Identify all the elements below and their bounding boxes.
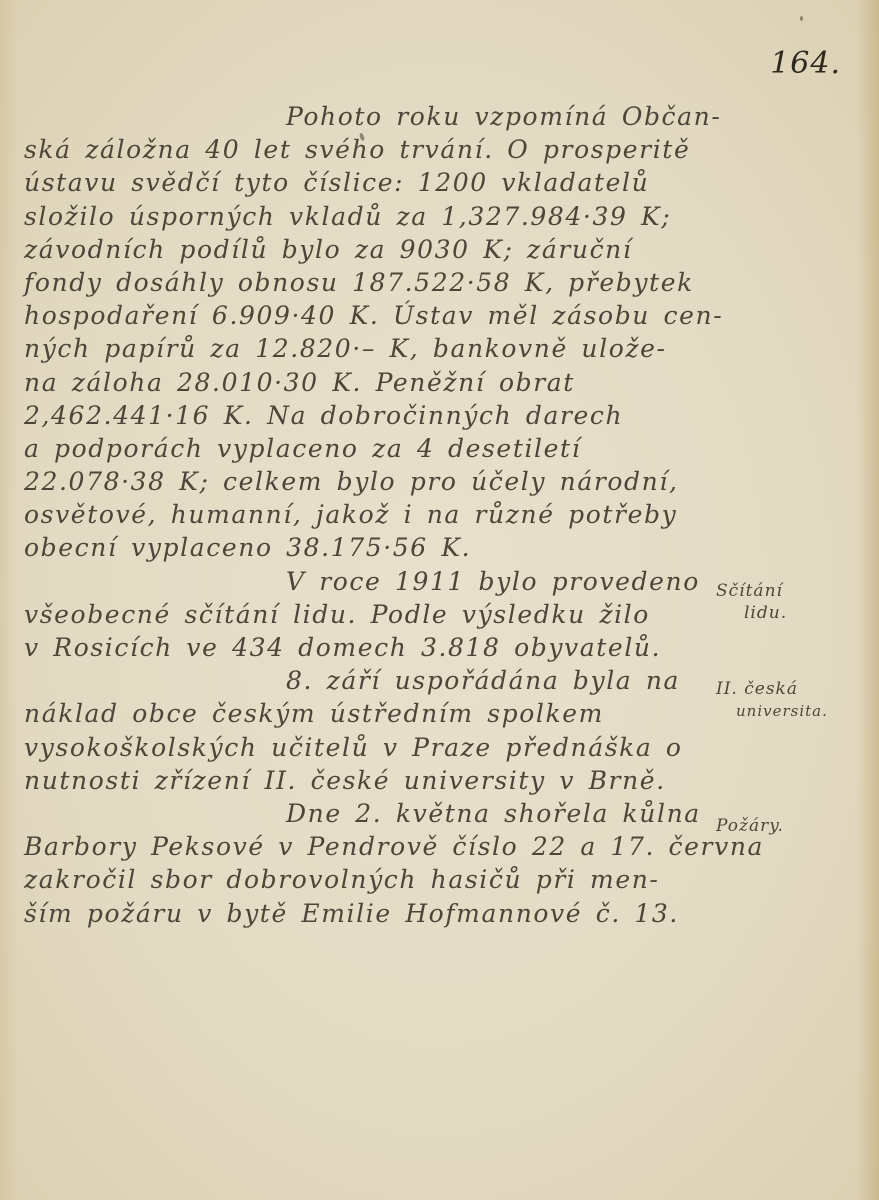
- text-line: ústavu svědčí tyto číslice: 1200 vkladat…: [24, 166, 724, 199]
- text-line: závodních podílů bylo za 9030 K; záruční: [24, 233, 724, 266]
- text-line: a podporách vyplaceno za 4 desetiletí: [24, 432, 724, 465]
- text-line: nutnosti zřízení II. české university v …: [24, 764, 724, 797]
- margin-note-line: lidu.: [716, 602, 787, 624]
- text-line: ných papírů za 12.820·– K, bankovně ulož…: [24, 332, 724, 365]
- text-line: složilo úsporných vkladů za 1,327.984·39…: [24, 200, 724, 233]
- margin-note-line: universita.: [716, 700, 828, 722]
- text-line: vysokoškolských učitelů v Praze přednášk…: [24, 731, 724, 764]
- text-line: obecní vyplaceno 38.175·56 K.: [24, 531, 724, 564]
- manuscript-page: 164. Pohoto roku vzpomíná Občan- ská zál…: [0, 0, 879, 1200]
- text-line: náklad obce českým ústředním spolkem: [24, 697, 724, 730]
- text-line: Barbory Peksové v Pendrově číslo 22 a 17…: [24, 830, 724, 863]
- text-line: osvětové, humanní, jakož i na různé potř…: [24, 498, 724, 531]
- text-line: fondy dosáhly obnosu 187.522·58 K, přeby…: [24, 266, 724, 299]
- text-line: hospodaření 6.909·40 K. Ústav měl zásobu…: [24, 299, 724, 332]
- margin-note-line: Sčítání: [716, 581, 783, 601]
- margin-note-university: II. česká universita.: [716, 678, 828, 722]
- margin-note-fires: Požáry.: [716, 815, 784, 837]
- margin-note-census: Sčítání lidu.: [716, 580, 787, 624]
- text-line: Dne 2. května shořela kůlna: [24, 797, 724, 830]
- page-number: 164.: [770, 46, 841, 81]
- text-line: 2,462.441·16 K. Na dobročinných darech: [24, 399, 724, 432]
- text-line: 8. září uspořádána byla na: [24, 664, 724, 697]
- margin-note-line: II. česká: [716, 679, 798, 699]
- text-line: Pohoto roku vzpomíná Občan-: [24, 100, 724, 133]
- text-line: v Rosicích ve 434 domech 3.818 obyvatelů…: [24, 631, 724, 664]
- text-line: ská záložna 40 let svého trvání. O prosp…: [24, 133, 724, 166]
- text-line: zakročil sbor dobrovolných hasičů při me…: [24, 863, 724, 896]
- margin-note-line: Požáry.: [716, 816, 784, 836]
- text-line: V roce 1911 bylo provedeno: [24, 565, 724, 598]
- text-line: všeobecné sčítání lidu. Podle výsledku ž…: [24, 598, 724, 631]
- text-line: ším požáru v bytě Emilie Hofmannové č. 1…: [24, 897, 724, 930]
- text-line: 22.078·38 K; celkem bylo pro účely národ…: [24, 465, 724, 498]
- chronicle-body: Pohoto roku vzpomíná Občan- ská záložna …: [24, 100, 724, 930]
- text-line: na záloha 28.010·30 K. Peněžní obrat: [24, 366, 724, 399]
- ink-speck: [800, 16, 803, 21]
